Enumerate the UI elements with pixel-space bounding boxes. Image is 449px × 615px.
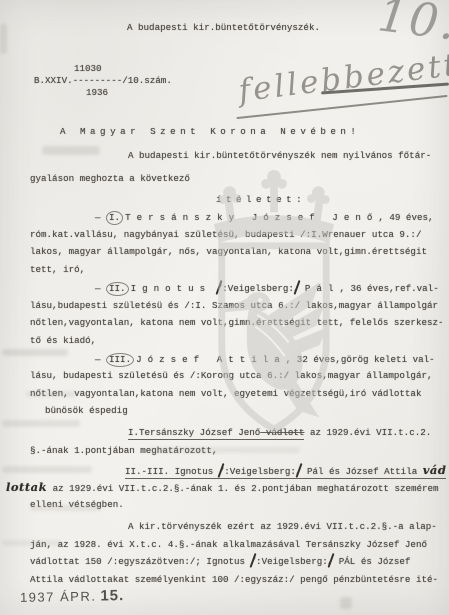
text-segment: Ignotus [131,283,212,294]
text-segment: ján, az 1928. évi X.t.c. 4.§.-ának alkal… [30,539,427,550]
pencil-mark [340,597,352,609]
handwritten-page-number: 10. [375,0,449,51]
text-segment: Pál és József Attila [301,466,422,479]
text-segment: — [95,354,106,365]
typed-line: tett, iró, [30,264,85,275]
typed-line: A Magyar Szent Korona Nevében! [60,126,360,137]
typed-line: vádlottat 150 /:egyszázötven:/; Ignotus … [30,556,410,567]
text-segment: , 49 éves, [378,212,433,223]
document-scan: A budapesti kir.büntetőtörvényszék.11030… [0,0,449,615]
text-segment: 11030 [74,63,102,74]
text-segment: PÁL és József [333,556,410,567]
typed-line: lottak az 1929.évi VII.t.c.2.§.-ának 1. … [6,480,439,494]
typed-line: A budapesti kir.büntetőtörvényszék. [127,22,320,33]
text-segment: 1936 [86,87,108,98]
stamp-date-prefix: 1937 ÁPR. [20,589,97,605]
text-segment: József Attila [136,354,286,365]
typed-line: ítéletet: [216,194,306,205]
typed-line: lakos, magyar állampolgár, nős, vagyonta… [30,246,427,257]
text-segment: gyaláson meghozta a következő [30,173,190,184]
text-segment: §.-ának 1.pontjában meghatározott, [30,445,217,456]
text-segment: lakos, magyar állampolgár, nős, vagyonta… [30,246,427,257]
typed-line: róm.kat.vallásu, nagybányai születésü, b… [30,229,421,240]
typed-line: B.XXIV.---------/10.szám. [34,75,172,86]
struck-out-text: /:Veigelsberg:/ [217,283,300,294]
text-segment: elleni vétségben. [30,499,124,510]
text-segment: , 36 éves,ref.val- [339,283,438,294]
typed-line: II.-III. Ignotus /:Veigelsberg:/ Pál és … [125,463,446,479]
typed-line: nőtlen, vagyontalan,katona nem volt, egy… [30,388,421,399]
text-segment: lásu,budapesti születésü és /:I. Szamos … [30,300,438,311]
typed-line: 1936 [86,87,108,98]
text-segment: , 32 éves,görög keleti val- [286,354,435,365]
text-segment: vádlottat 150 /:egyszázötven:/; Ignotus [30,556,251,567]
text-segment: Tersánszky József Jenő [125,212,378,223]
struck-out-text: /:Veigelsberg:/ [219,466,302,479]
text-segment: vádlott [260,427,304,440]
typed-line: lásu, budapesti születésü és /:Korong ut… [30,370,432,381]
typed-line: — III.József Attila, 32 éves,görög kelet… [95,353,435,367]
text-segment: bünösök éspedig [45,405,128,416]
text-segment: tett, iró, [30,264,85,275]
text-segment: B.XXIV.---------/10.szám. [34,75,172,86]
margin-smudge [2,349,68,356]
edge-smudge [0,24,7,54]
typed-line: nőtlen,vagyontalan, katona nem volt,gimn… [30,317,444,328]
struck-out-text: /:Veigelsberg:/ [251,556,334,567]
text-segment: I.Tersánszky József Jenő [128,427,260,440]
text-segment: A budapesti kir.büntetőtörvényszék. [127,22,320,33]
typed-line: §.-ának 1.pontjában meghatározott, [30,445,217,456]
typed-line: Attila vádlottakat személyenkint 100 /:e… [30,574,438,585]
margin-smudge [2,466,92,473]
text-segment: az 1929.évi VII.t.c.2.§.-ának 1. és 2.po… [47,483,438,494]
text-segment: róm.kat.vallásu, nagybányai születésü, b… [30,229,421,240]
typed-line: A budapesti kir.büntetőtörvényszék nem n… [128,150,431,161]
defendant-number-circled: III. [106,353,134,367]
typed-line: elleni vétségben. [30,499,124,510]
typed-line: lásu,budapesti születésü és /:I. Szamos … [30,300,438,311]
date-stamp: 1937 ÁPR.15. [20,587,125,607]
text-segment: — [95,212,106,223]
handwritten-correction: lottak [6,480,47,494]
typed-line: gyaláson meghozta a következő [30,173,190,184]
text-segment: nőtlen,vagyontalan, katona nem volt,gimn… [30,317,444,328]
text-segment: tő és kiadó, [30,335,96,346]
eraser-smudge [42,146,100,155]
typed-line: bünösök éspedig [45,405,128,416]
text-segment: lásu, budapesti születésü és /:Korong ut… [30,370,432,381]
text-segment: A Magyar Szent Korona Nevében! [60,126,360,137]
typed-line: I.Tersánszky József Jenő vádlott az 1929… [128,427,431,438]
typed-line: tő és kiadó, [30,335,96,346]
typed-line: A kir.törvényszék ezért az 1929.évi VII.… [128,521,437,532]
text-segment: Pál [305,283,340,294]
typed-line: ján, az 1928. évi X.t.c. 4.§.-ának alkal… [30,539,427,550]
text-segment: nőtlen, vagyontalan,katona nem volt, egy… [30,388,421,399]
text-segment: II.-III. Ignotus [125,466,219,479]
handwritten-correction: vád [423,463,447,479]
defendant-number-circled: II. [106,282,129,296]
text-segment: A budapesti kir.büntetőtörvényszék nem n… [128,150,431,161]
text-segment: A kir.törvényszék ezért az 1929.évi VII.… [128,521,437,532]
margin-smudge [2,420,80,427]
defendant-number-circled: I. [106,211,123,225]
typed-line: 11030 [74,63,102,74]
typed-line: — I.Tersánszky József Jenő, 49 éves, [95,211,434,225]
text-segment: ítéletet: [216,194,306,205]
typed-line: — II.Ignotus /:Veigelsberg:/ Pál, 36 éve… [95,282,439,296]
text-segment: — [95,283,106,294]
text-segment: az 1929.évi VII.t.c.2. [304,427,431,438]
text-segment: Attila vádlottakat személyenkint 100 /:e… [30,574,438,585]
stamp-date-day: 15. [100,587,124,604]
